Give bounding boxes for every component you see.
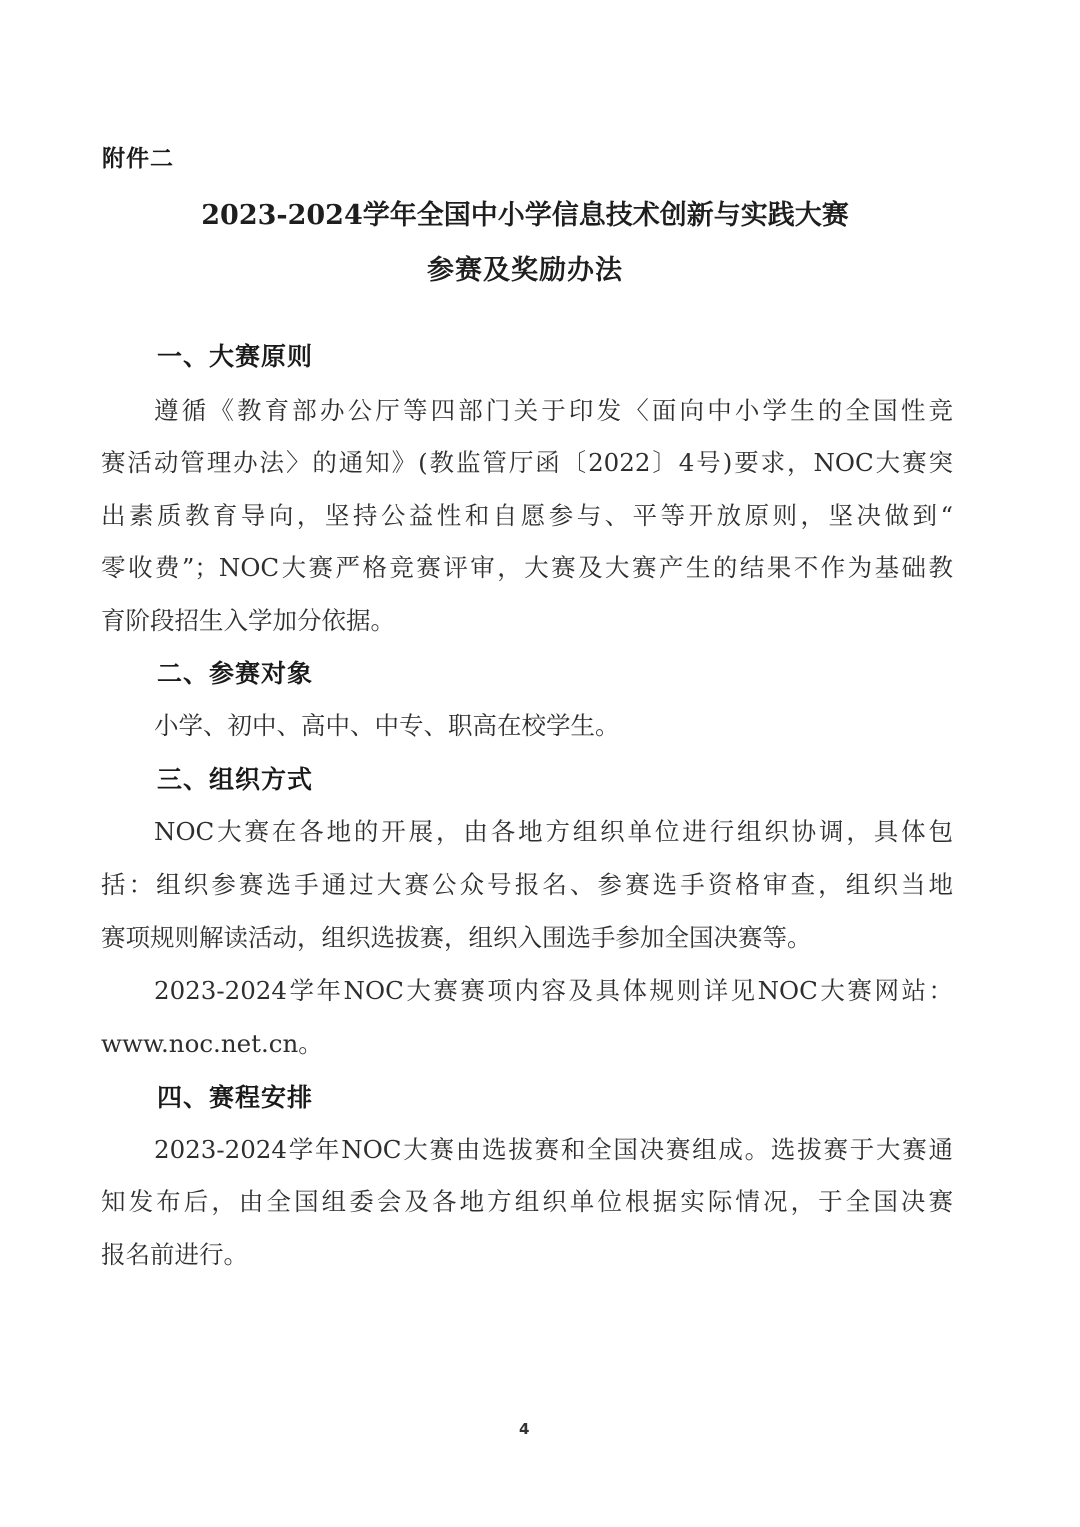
paragraph-line: 2023-2024学年NOC大赛赛项内容及具体规则详见NOC大赛网站： — [154, 972, 953, 1007]
document-title-line-1: 2023-2024学年全国中小学信息技术创新与实践大赛 — [0, 193, 1050, 232]
paragraph-line: NOC大赛在各地的开展，由各地方组织单位进行组织协调，具体包 — [154, 813, 953, 848]
website-link: www.noc.net.cn。 — [101, 1025, 953, 1060]
paragraph-line: 知发布后，由全国组委会及各地方组织单位根据实际情况，于全国决赛 — [101, 1183, 953, 1218]
paragraph-line: 小学、初中、高中、中专、职高在校学生。 — [154, 707, 953, 742]
paragraph-line: 育阶段招生入学加分依据。 — [101, 602, 953, 637]
paragraph-line: 赛活动管理办法〉的通知》(教监管厅函〔2022〕4号)要求，NOC大赛突 — [101, 444, 953, 479]
page-number: 4 — [519, 1420, 529, 1438]
section-heading-principles: 一、大赛原则 — [157, 337, 313, 373]
section-heading-participants: 二、参赛对象 — [157, 654, 313, 690]
document-title-line-2: 参赛及奖励办法 — [0, 248, 1050, 287]
paragraph-line: 2023-2024学年NOC大赛由选拔赛和全国决赛组成。选拔赛于大赛通 — [154, 1131, 953, 1166]
paragraph-line: 零收费”；NOC大赛严格竞赛评审，大赛及大赛产生的结果不作为基础教 — [101, 549, 953, 584]
paragraph-line: 报名前进行。 — [101, 1236, 953, 1271]
paragraph-line: 出素质教育导向，坚持公益性和自愿参与、平等开放原则，坚决做到“ — [101, 497, 953, 532]
document-page: 附件二 2023-2024学年全国中小学信息技术创新与实践大赛 参赛及奖励办法 … — [0, 0, 1080, 1527]
attachment-label: 附件二 — [102, 140, 174, 173]
paragraph-line: 赛项规则解读活动，组织选拔赛，组织入围选手参加全国决赛等。 — [101, 919, 953, 954]
section-heading-organization: 三、组织方式 — [157, 760, 313, 796]
paragraph-line: 遵循《教育部办公厅等四部门关于印发〈面向中小学生的全国性竞 — [154, 392, 953, 427]
section-heading-schedule: 四、赛程安排 — [157, 1078, 313, 1114]
paragraph-line: 括：组织参赛选手通过大赛公众号报名、参赛选手资格审查，组织当地 — [101, 866, 953, 901]
